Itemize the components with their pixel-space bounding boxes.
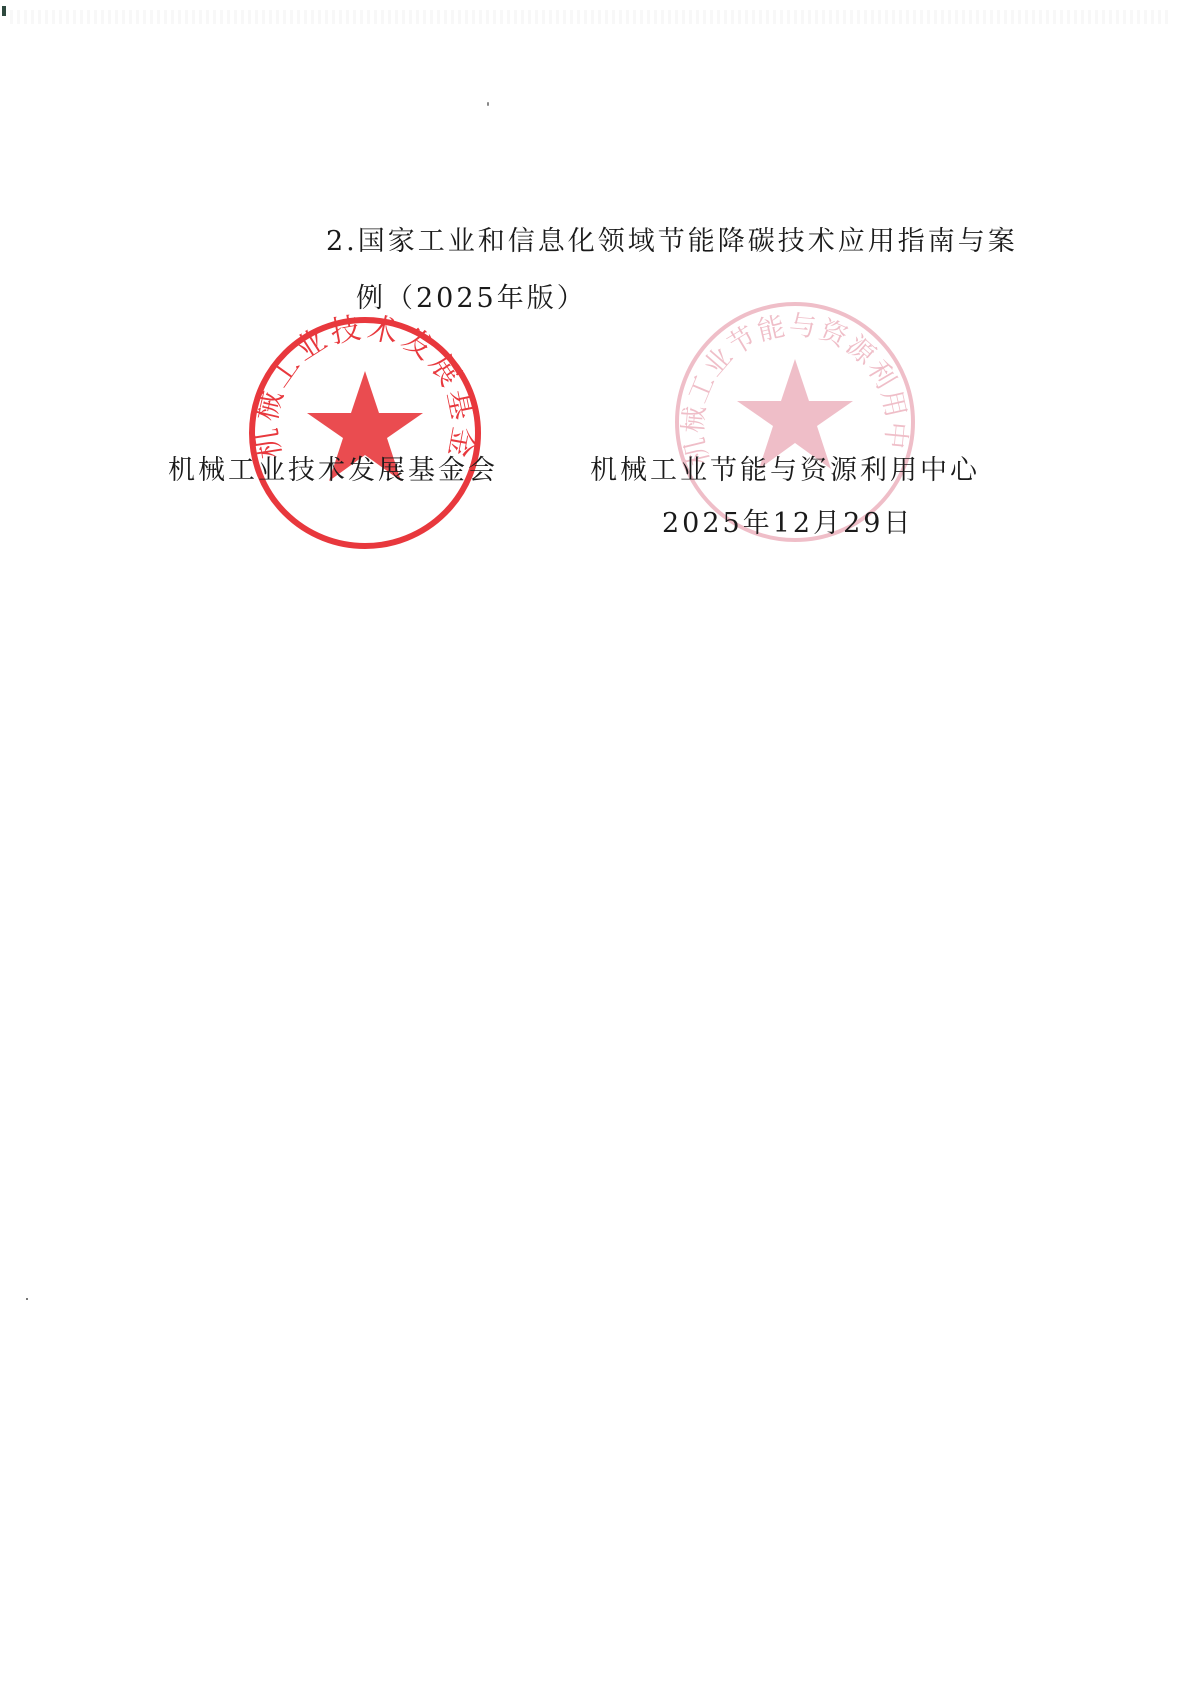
document-date: 2025年12月29日 bbox=[662, 501, 913, 540]
official-seal-left: 机械工业技术发展基金会 bbox=[245, 313, 485, 553]
signatory-left: 机械工业技术发展基金会 bbox=[168, 448, 498, 487]
svg-text:机械工业节能与资源利用中心: 机械工业节能与资源利用中心 bbox=[670, 297, 912, 468]
scan-speck bbox=[26, 1298, 28, 1300]
signatory-right: 机械工业节能与资源利用中心 bbox=[590, 448, 980, 487]
attachment-item-2-line-2: 例（2025年版） bbox=[356, 276, 587, 315]
attachment-item-2-line-1: 2.国家工业和信息化领域节能降碳技术应用指南与案 bbox=[326, 219, 1018, 258]
scan-noise bbox=[10, 10, 1170, 24]
scan-artifact bbox=[2, 6, 6, 16]
svg-text:机械工业技术发展基金会: 机械工业技术发展基金会 bbox=[245, 313, 481, 464]
scan-speck bbox=[487, 102, 489, 106]
